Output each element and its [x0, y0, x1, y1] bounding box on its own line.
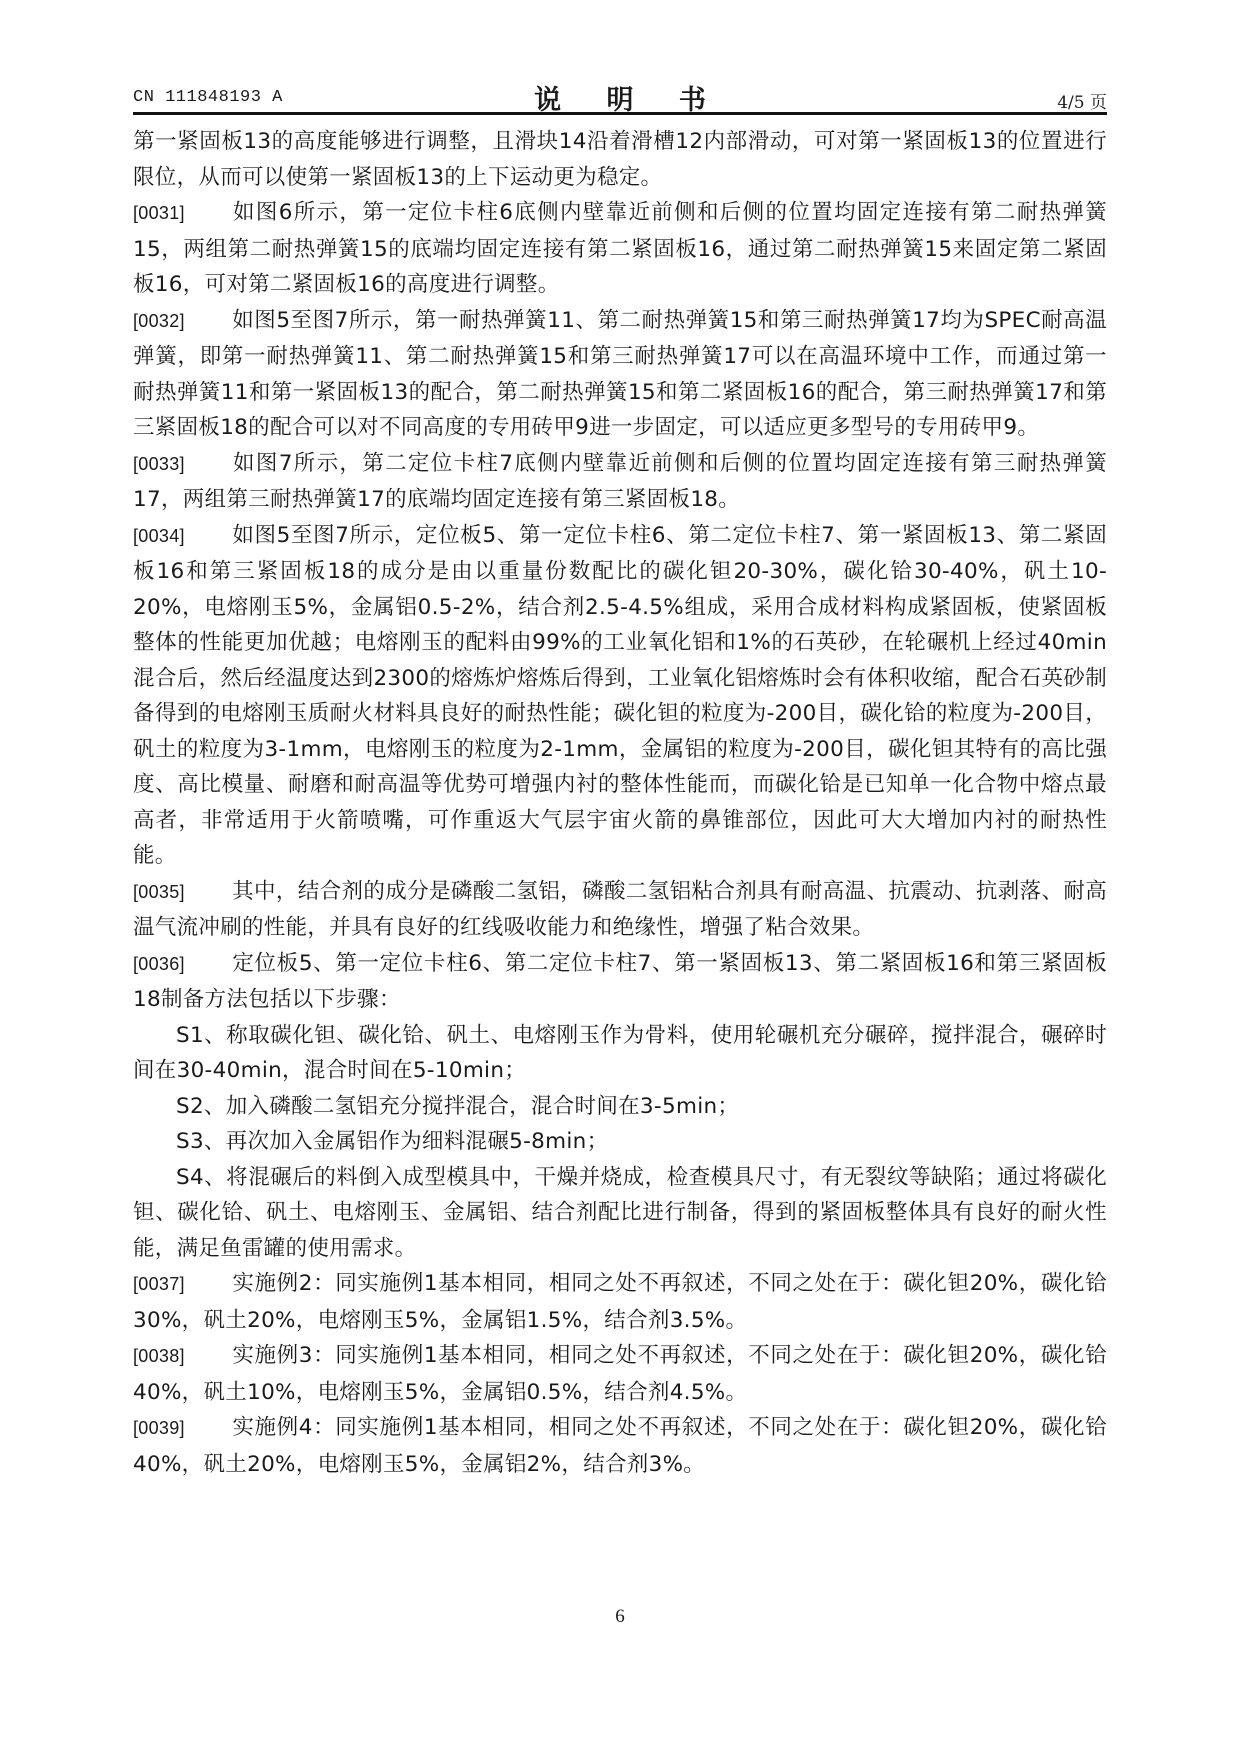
paragraph-number: [0035] [133, 875, 232, 911]
paragraph-text: 其中，结合剂的成分是磷酸二氢铝，磷酸二氢铝粘合剂具有耐高温、抗震动、抗剥落、耐高… [133, 879, 1107, 941]
paragraph-number: [0031] [133, 196, 232, 232]
paragraph-number: [0036] [133, 947, 232, 983]
paragraph-0039: [0039]实施例4：同实施例1基本相同，相同之处不再叙述，不同之处在于：碳化钽… [133, 1410, 1107, 1482]
paragraph-text: 如图7所示，第二定位卡柱7底侧内壁靠近前侧和后侧的位置均固定连接有第三耐热弹簧1… [133, 451, 1107, 513]
paragraph-0038: [0038]实施例3：同实施例1基本相同，相同之处不再叙述，不同之处在于：碳化钽… [133, 1338, 1107, 1410]
paragraph-0036: [0036]定位板5、第一定位卡柱6、第二定位卡柱7、第一紧固板13、第二紧固板… [133, 946, 1107, 1018]
paragraph-text: 如图5至图7所示，定位板5、第一定位卡柱6、第二定位卡柱7、第一紧固板13、第二… [133, 523, 1107, 869]
document-body: 第一紧固板13的高度能够进行调整，且滑块14沿着滑槽12内部滑动，可对第一紧固板… [133, 124, 1107, 1482]
paragraph-number: [0037] [133, 1267, 232, 1303]
paragraph-text: 实施例2：同实施例1基本相同，相同之处不再叙述，不同之处在于：碳化钽20%，碳化… [133, 1271, 1107, 1333]
paragraph-number: [0034] [133, 519, 232, 555]
paragraph-text: 实施例3：同实施例1基本相同，相同之处不再叙述，不同之处在于：碳化钽20%，碳化… [133, 1343, 1107, 1405]
paragraph-0035: [0035]其中，结合剂的成分是磷酸二氢铝，磷酸二氢铝粘合剂具有耐高温、抗震动、… [133, 874, 1107, 946]
paragraph-0033: [0033]如图7所示，第二定位卡柱7底侧内壁靠近前侧和后侧的位置均固定连接有第… [133, 446, 1107, 518]
page-number: 6 [0, 1606, 1240, 1628]
paragraph-number: [0032] [133, 304, 232, 340]
paragraph-0031: [0031]如图6所示，第一定位卡柱6底侧内壁靠近前侧和后侧的位置均固定连接有第… [133, 195, 1107, 303]
paragraph-text: 如图5至图7所示，第一耐热弹簧11、第二耐热弹簧15和第三耐热弹簧17均为SPE… [133, 308, 1107, 441]
step-s2: S2、加入磷酸二氢铝充分搅拌混合，混合时间在3-5min； [133, 1089, 1107, 1125]
step-s3: S3、再次加入金属铝作为细料混碾5-8min； [133, 1124, 1107, 1160]
paragraph-text: 定位板5、第一定位卡柱6、第二定位卡柱7、第一紧固板13、第二紧固板16和第三紧… [133, 951, 1107, 1013]
paragraph-number: [0039] [133, 1411, 232, 1447]
paragraph-0037: [0037]实施例2：同实施例1基本相同，相同之处不再叙述，不同之处在于：碳化钽… [133, 1266, 1107, 1338]
paragraph-number: [0033] [133, 447, 232, 483]
page-indicator: 4/5 页 [1057, 88, 1107, 113]
paragraph-text: 实施例4：同实施例1基本相同，相同之处不再叙述，不同之处在于：碳化钽20%，碳化… [133, 1415, 1107, 1477]
paragraph-text: 如图6所示，第一定位卡柱6底侧内壁靠近前侧和后侧的位置均固定连接有第二耐热弹簧1… [133, 200, 1107, 297]
step-s4: S4、将混碾后的料倒入成型模具中，干燥并烧成，检查模具尺寸，有无裂纹等缺陷；通过… [133, 1160, 1107, 1267]
header-divider [133, 112, 1107, 115]
step-s1: S1、称取碳化钽、碳化铪、矾土、电熔刚玉作为骨料，使用轮碾机充分碾碎，搅拌混合，… [133, 1018, 1107, 1089]
paragraph-number: [0038] [133, 1339, 232, 1375]
paragraph-text: 第一紧固板13的高度能够进行调整，且滑块14沿着滑槽12内部滑动，可对第一紧固板… [133, 129, 1107, 190]
paragraph-0032: [0032]如图5至图7所示，第一耐热弹簧11、第二耐热弹簧15和第三耐热弹簧1… [133, 303, 1107, 446]
paragraph-0034: [0034]如图5至图7所示，定位板5、第一定位卡柱6、第二定位卡柱7、第一紧固… [133, 518, 1107, 874]
paragraph-continued: 第一紧固板13的高度能够进行调整，且滑块14沿着滑槽12内部滑动，可对第一紧固板… [133, 124, 1107, 195]
